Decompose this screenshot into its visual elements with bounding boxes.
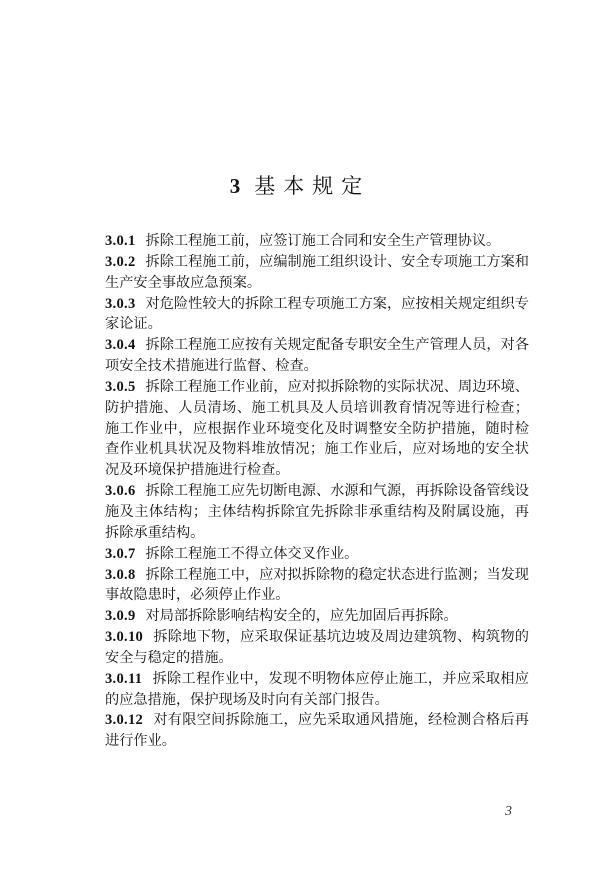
- clause-text: 拆除地下物，应采取保证基坑边坡及周边建筑物、构筑物的安全与稳定的措施。: [105, 629, 529, 666]
- clause-number: 3.0.11: [105, 671, 142, 687]
- clause-number: 3.0.1: [105, 233, 136, 249]
- clause-number: 3.0.5: [105, 379, 136, 395]
- clause-number: 3.0.2: [105, 254, 136, 270]
- clause-list: 3.0.1拆除工程施工前，应签订施工合同和安全生产管理协议。 3.0.2拆除工程…: [105, 231, 529, 752]
- chapter-number: 3: [230, 174, 241, 198]
- clause-text: 对危险性较大的拆除工程专项施工方案，应按相关规定组织专家论证。: [105, 296, 529, 333]
- clause-text: 拆除工程施工前，应编制施工组织设计、安全专项施工方案和生产安全事故应急预案。: [105, 254, 529, 291]
- clause-text: 拆除工程施工作业前，应对拟拆除物的实际状况、周边环境、防护措施、人员清场、施工机…: [105, 379, 529, 478]
- clause-number: 3.0.10: [105, 629, 143, 645]
- clause-number: 3.0.4: [105, 337, 136, 353]
- clause-3-0-10: 3.0.10拆除地下物，应采取保证基坑边坡及周边建筑物、构筑物的安全与稳定的措施…: [105, 627, 529, 669]
- clause-3-0-3: 3.0.3对危险性较大的拆除工程专项施工方案，应按相关规定组织专家论证。: [105, 294, 529, 336]
- clause-3-0-1: 3.0.1拆除工程施工前，应签订施工合同和安全生产管理协议。: [105, 231, 529, 252]
- clause-number: 3.0.7: [105, 546, 136, 562]
- clause-3-0-8: 3.0.8拆除工程施工中，应对拟拆除物的稳定状态进行监测；当发现事故隐患时，必须…: [105, 565, 529, 607]
- clause-number: 3.0.12: [105, 712, 143, 728]
- clause-text: 拆除工程施工应先切断电源、水源和气源，再拆除设备管线设施及主体结构；主体结构拆除…: [105, 483, 529, 541]
- clause-3-0-5: 3.0.5拆除工程施工作业前，应对拟拆除物的实际状况、周边环境、防护措施、人员清…: [105, 377, 529, 481]
- clause-3-0-6: 3.0.6拆除工程施工应先切断电源、水源和气源，再拆除设备管线设施及主体结构；主…: [105, 481, 529, 544]
- clause-3-0-4: 3.0.4拆除工程施工应按有关规定配备专职安全生产管理人员，对各项安全技术措施进…: [105, 335, 529, 377]
- page-number: 3: [505, 804, 512, 820]
- chapter-heading: 3基本规定: [0, 172, 600, 200]
- clause-text: 拆除工程施工不得立体交叉作业。: [146, 546, 359, 562]
- clause-text: 拆除工程施工中，应对拟拆除物的稳定状态进行监测；当发现事故隐患时，必须停止作业。: [105, 567, 529, 604]
- clause-number: 3.0.3: [105, 296, 136, 312]
- clause-text: 拆除工程施工前，应签订施工合同和安全生产管理协议。: [146, 233, 501, 249]
- chapter-title: 基本规定: [254, 174, 370, 198]
- clause-3-0-12: 3.0.12对有限空间拆除施工，应先采取通风措施，经检测合格后再进行作业。: [105, 710, 529, 752]
- clause-3-0-9: 3.0.9对局部拆除影响结构安全的，应先加固后再拆除。: [105, 606, 529, 627]
- clause-3-0-2: 3.0.2拆除工程施工前，应编制施工组织设计、安全专项施工方案和生产安全事故应急…: [105, 252, 529, 294]
- clause-text: 对有限空间拆除施工，应先采取通风措施，经检测合格后再进行作业。: [105, 712, 529, 749]
- clause-3-0-7: 3.0.7拆除工程施工不得立体交叉作业。: [105, 544, 529, 565]
- clause-number: 3.0.9: [105, 608, 136, 624]
- clause-text: 对局部拆除影响结构安全的，应先加固后再拆除。: [146, 608, 458, 624]
- clause-number: 3.0.8: [105, 567, 136, 583]
- clause-text: 拆除工程作业中，发现不明物体应停止施工，并应采取相应的应急措施，保护现场及时向有…: [105, 671, 529, 708]
- clause-number: 3.0.6: [105, 483, 136, 499]
- clause-3-0-11: 3.0.11拆除工程作业中，发现不明物体应停止施工，并应采取相应的应急措施，保护…: [105, 669, 529, 711]
- clause-text: 拆除工程施工应按有关规定配备专职安全生产管理人员，对各项安全技术措施进行监督、检…: [105, 337, 529, 374]
